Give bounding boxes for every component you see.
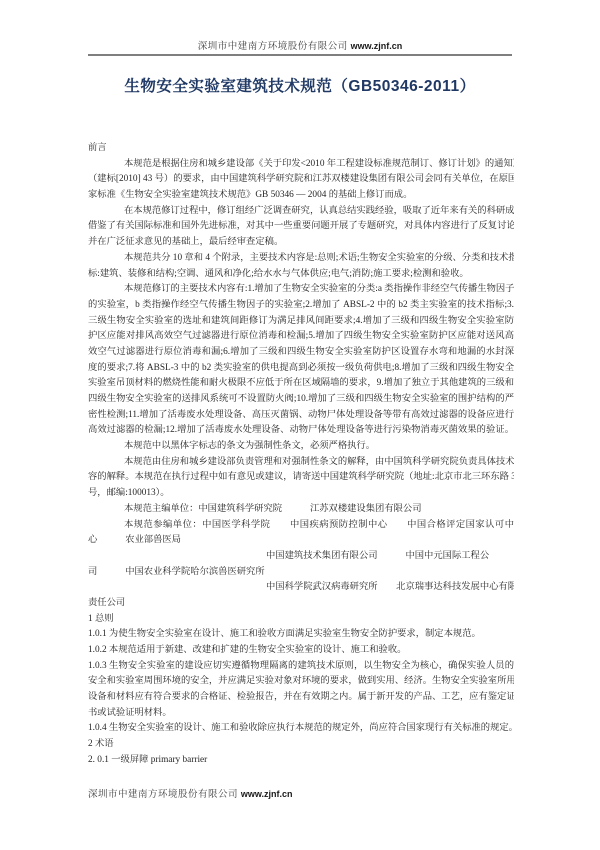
document-line: 本规范主编单位：中国建筑科学研究院 江苏双楼建设集团有限公司 xyxy=(88,502,514,518)
document-line: 1.0.3 生物安全实验室的建设应切实遵循物理隔离的建筑技术原则，以生物安全为核… xyxy=(88,659,514,675)
document-line: 前言 xyxy=(88,141,514,157)
document-line: 心 农业部兽医局 xyxy=(88,533,514,549)
document-line: 号，邮编:100013）。 xyxy=(88,486,514,502)
document-line: 本规范是根据住房和城乡建设部《关于印发<2010 年工程建设标准规范制订、修订计… xyxy=(88,157,514,173)
header-rule xyxy=(88,54,512,56)
document-line: 1.0.1 为使生物安全实验室在设计、施工和验收方面满足实验室生物安全防护要求，… xyxy=(88,627,514,643)
document-line: 设备和材料应有符合要求的合格证、检验报告，并在有效期之内。属于新开发的产品、工艺… xyxy=(88,690,514,706)
document-title: 生物安全实验室建筑技术规范（GB50346-2011） xyxy=(0,74,600,96)
document-line: 度的要求;7.将 ABSL-3 中的 b2 类实验室的供电提高到必须按一级负荷供… xyxy=(88,361,514,377)
document-line: 书或试验证明材料。 xyxy=(88,706,514,722)
document-line: 借鉴了有关国际标准和国外先进标准，对其中一些重要问题开展了专题研究，对具体内容进… xyxy=(88,219,514,235)
document-line: 家标准《生物安全实验室建筑技术规范》GB 50346 — 2004 的基础上修订… xyxy=(88,188,514,204)
document-line: 本规范中以黑体字标志的条文为强制性条文，必须严格执行。 xyxy=(88,439,514,455)
document-line: 2. 0.1 一级屏障 primary barrier xyxy=(88,753,514,769)
document-line: 中国科学院武汉病毒研究所 北京瑞事达科技发展中心有限 xyxy=(88,580,514,596)
document-line: 司 中国农业科学院哈尔滨兽医研究所 xyxy=(88,565,514,581)
document-line: 2 术语 xyxy=(88,737,514,753)
document-line: 的实验室，b 类指操作经空气传播生物因子的实验室;2.增加了 ABSL-2 中的… xyxy=(88,298,514,314)
document-line: 本规范共分 10 章和 4 个附录，主要技术内容是:总则;术语;生物安全实验室的… xyxy=(88,251,514,267)
document-line: 效空气过滤器进行原位消毒和漏;6.增加了三级和四级生物安全实验室防护区设置存水弯… xyxy=(88,345,514,361)
document-line: 本规范由住房和城乡建设部负责管理和对强制性条文的解释，由中国筑科学研究院负责具体… xyxy=(88,455,514,471)
page-footer: 深圳市中建南方环境股份有限公司 www.zjnf.cn xyxy=(88,786,514,800)
document-line: 护区应能对排风高效空气过滤器进行原位消毒和检漏;5.增加了四级生物安全实验室防护… xyxy=(88,329,514,345)
document-line: 高效过滤器的检漏;12.增加了活毒废水处理设备、动物尸体处理设备等进行污染物消毒… xyxy=(88,423,514,439)
footer-company-name: 深圳市中建南方环境股份有限公司 xyxy=(88,790,238,800)
document-line: 并在广泛征求意见的基础上，最后经审查定稿。 xyxy=(88,235,514,251)
header-company-name: 深圳市中建南方环境股份有限公司 xyxy=(198,42,348,52)
document-line: 1 总则 xyxy=(88,612,514,628)
document-line: 本规范修订的主要技术内容有:1.增加了生物安全实验室的分类:a 类指操作非经空气… xyxy=(88,282,514,298)
document-line: 实验室吊顶材料的燃烧性能和耐火极限不应低于所在区域隔墙的要求，9.增加了独立于其… xyxy=(88,376,514,392)
document-line: 责任公司 xyxy=(88,596,514,612)
document-line: 三级生物安全实验室的选址和建筑间距修订为满足排风间距要求;4.增加了三级和四级生… xyxy=(88,314,514,330)
header-website-url: www.zjnf.cn xyxy=(351,41,403,51)
document-page: 深圳市中建南方环境股份有限公司 www.zjnf.cn 生物安全实验室建筑技术规… xyxy=(0,0,600,850)
document-line: 本规范参编单位：中国医学科学院 中国疾病预防控制中心 中国合格评定国家认可中 xyxy=(88,518,514,534)
page-header: 深圳市中建南方环境股份有限公司 www.zjnf.cn xyxy=(0,38,600,52)
document-line: 在本规范修订过程中，修订组经广泛调查研究，认真总结实践经验，吸取了近年来有关的科… xyxy=(88,204,514,220)
document-line: 密性检测;11.增加了活毒废水处理设备、高压灭菌锅、动物尸体处理设备等带有高效过… xyxy=(88,408,514,424)
document-line: 容的解释。本规范在执行过程中如有意见或建议，请寄送中国建筑科学研究院（地址:北京… xyxy=(88,470,514,486)
document-line: 1.0.2 本规范适用于新建、改建和扩建的生物安全实验室的设计、施工和验收。 xyxy=(88,643,514,659)
document-line: 1.0.4 生物安全实验室的设计、施工和验收除应执行本规范的规定外，尚应符合国家… xyxy=(88,721,514,737)
document-line: 中国建筑技术集团有限公司 中国中元国际工程公 xyxy=(88,549,514,565)
footer-website-url: www.zjnf.cn xyxy=(241,789,293,799)
document-line: 标:建筑、装修和结构;空调、通风和净化;给水水与气体供应;电气;消防;施工要求;… xyxy=(88,267,514,283)
document-body: 前言本规范是根据住房和城乡建设部《关于印发<2010 年工程建设标准规范制订、修… xyxy=(88,141,514,769)
document-line: （建标[2010] 43 号）的要求，由中国建筑科学研究院和江苏双楼建设集团有限… xyxy=(88,172,514,188)
document-line: 四级生物安全实验室的送排风系统可不设置防火阀;10.增加了三级和四级生物安全实验… xyxy=(88,392,514,408)
document-line: 安全和实验室周围环境的安全，并应满足实验对象对环境的要求，做到实用、经济。生物安… xyxy=(88,674,514,690)
